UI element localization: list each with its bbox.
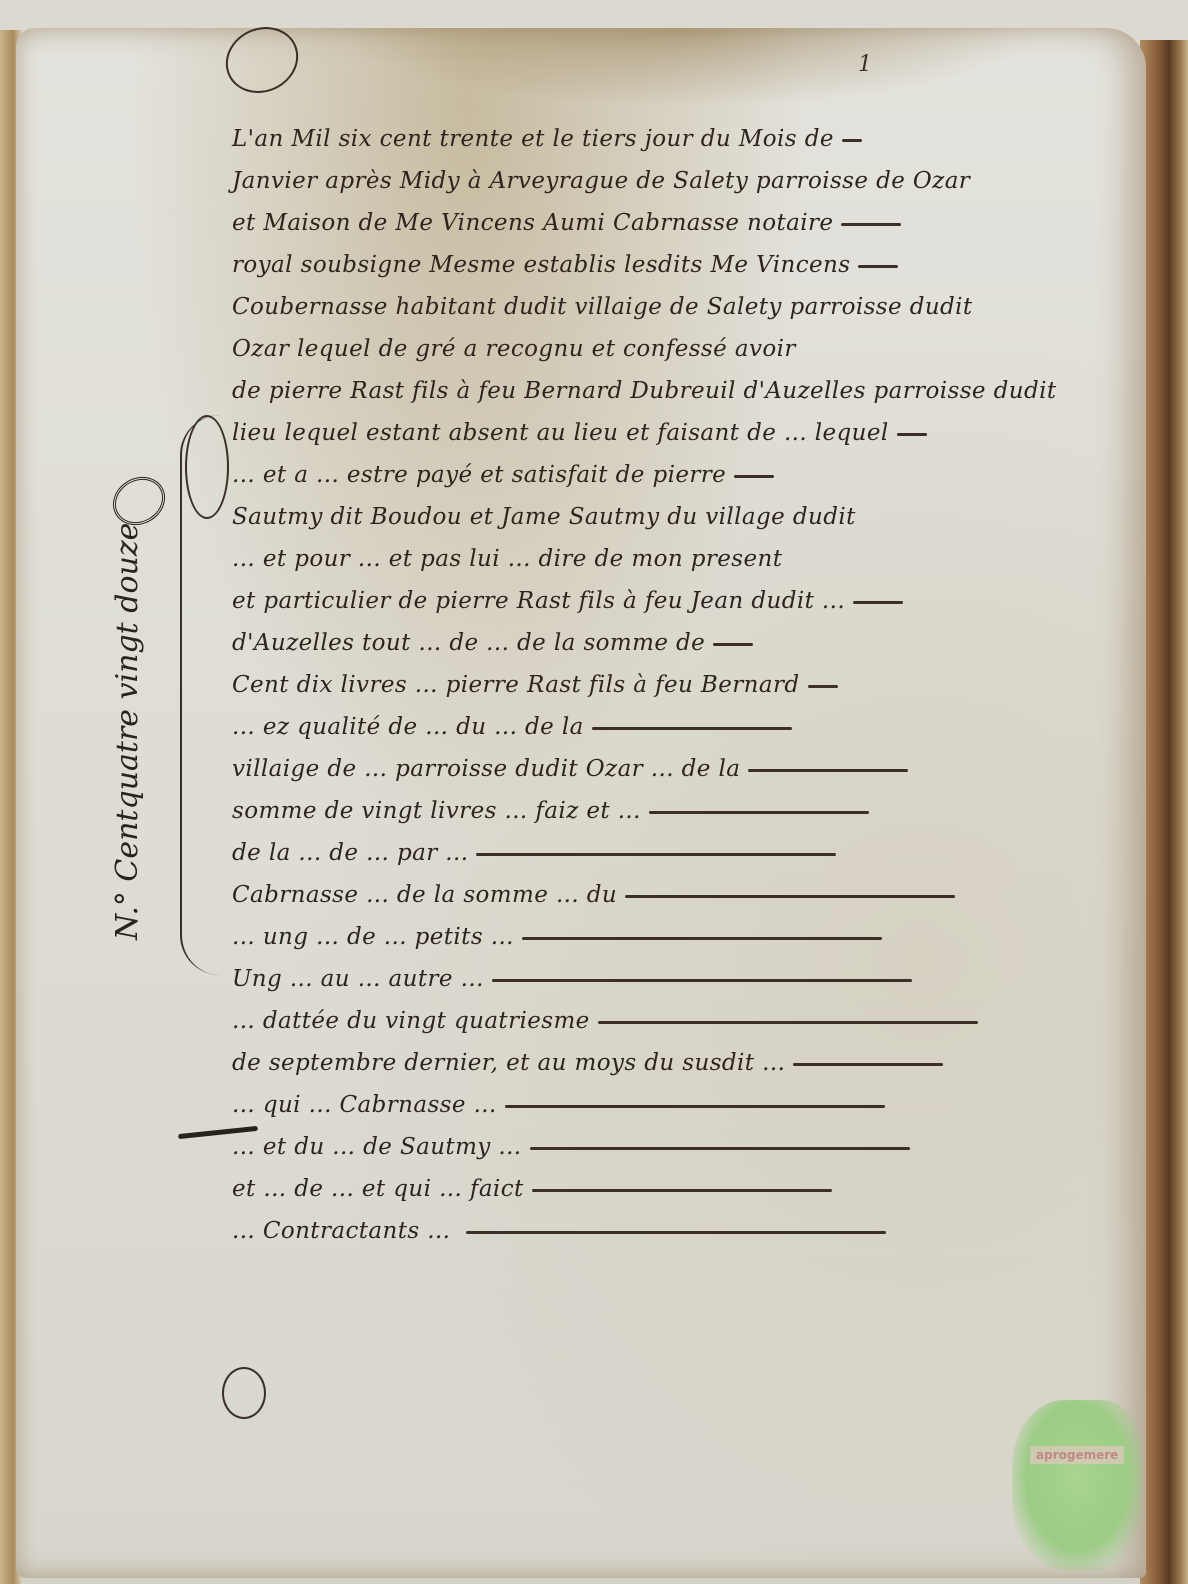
watermark-label: aprogemere xyxy=(1030,1446,1124,1464)
manuscript-line: et Maison de Me Vincens Aumi Cabrnasse n… xyxy=(232,202,1112,244)
manuscript-line: ... et a ... estre payé et satisfait de … xyxy=(232,454,1112,496)
manuscript-line: Ung ... au ... autre ... xyxy=(232,958,1112,1000)
manuscript-line: d'Auzelles tout ... de ... de la somme d… xyxy=(232,622,1112,664)
manuscript-line: Cabrnasse ... de la somme ... du xyxy=(232,874,1112,916)
manuscript-line: somme de vingt livres ... faiz et ... xyxy=(232,790,1112,832)
manuscript-line: ... et pour ... et pas lui ... dire de m… xyxy=(232,538,1112,580)
manuscript-line: lieu lequel estant absent au lieu et fai… xyxy=(232,412,1112,454)
manuscript-line: et ... de ... et qui ... faict xyxy=(232,1168,1112,1210)
manuscript-line: ... qui ... Cabrnasse ... xyxy=(232,1084,1112,1126)
manuscript-line: de pierre Rast fils à feu Bernard Dubreu… xyxy=(232,370,1112,412)
top-water-stain xyxy=(336,28,1036,108)
manuscript-line: ... et du ... de Sautmy ... xyxy=(232,1126,1112,1168)
closing-flourish-icon xyxy=(222,1367,266,1419)
manuscript-line: et particulier de pierre Rast fils à feu… xyxy=(232,580,1112,622)
manuscript-line: Sautmy dit Boudou et Jame Sautmy du vill… xyxy=(232,496,1112,538)
manuscript-line: ... ez qualité de ... du ... de la xyxy=(232,706,1112,748)
manuscript-line: ... Contractants ... xyxy=(232,1210,1112,1252)
manuscript-line: L'an Mil six cent trente et le tiers jou… xyxy=(232,118,1112,160)
manuscript-line: de septembre dernier, et au moys du susd… xyxy=(232,1042,1112,1084)
manuscript-line: Ozar lequel de gré a recognu et confessé… xyxy=(232,328,1112,370)
manuscript-body: L'an Mil six cent trente et le tiers jou… xyxy=(232,118,1112,1252)
manuscript-line: de la ... de ... par ... xyxy=(232,832,1112,874)
margin-note-register-number: N.° Centquatre vingt douze xyxy=(110,523,145,940)
margin-bracket-icon xyxy=(180,415,222,975)
manuscript-line: ... dattée du vingt quatriesme xyxy=(232,1000,1112,1042)
manuscript-line: ... ung ... de ... petits ... xyxy=(232,916,1112,958)
manuscript-line: royal soubsigne Mesme establis lesdits M… xyxy=(232,244,1112,286)
manuscript-line: Cent dix livres ... pierre Rast fils à f… xyxy=(232,664,1112,706)
page-number: 1 xyxy=(858,52,872,77)
right-binding-spine xyxy=(1140,40,1188,1584)
green-stain-watermark xyxy=(1012,1400,1142,1570)
manuscript-line: Coubernasse habitant dudit villaige de S… xyxy=(232,286,1112,328)
manuscript-line: villaige de ... parroisse dudit Ozar ...… xyxy=(232,748,1112,790)
manuscript-line: Janvier après Midy à Arveyrague de Salet… xyxy=(232,160,1112,202)
